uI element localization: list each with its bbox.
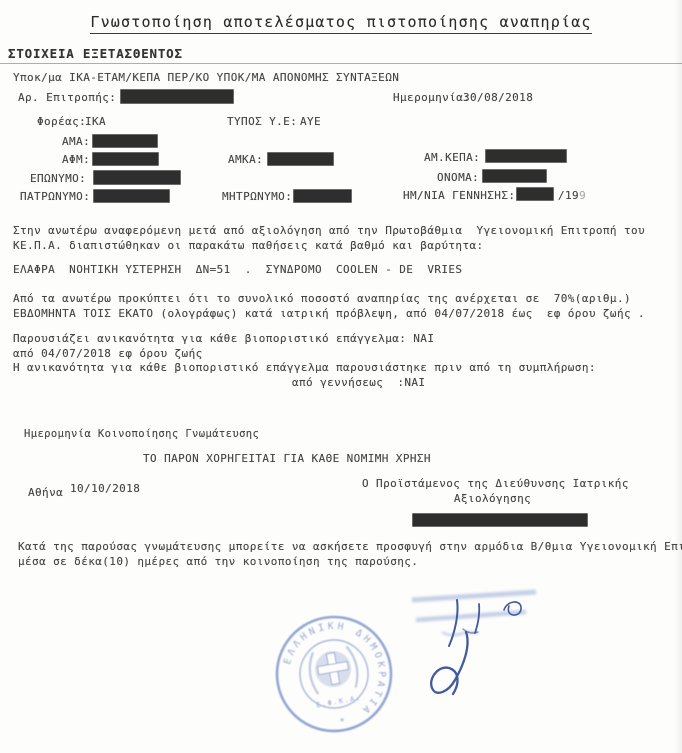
committee-number-label: Αρ. Επιτροπής:	[18, 91, 116, 104]
signature-area	[408, 588, 558, 708]
incapacity-line4: από γεννήσεως :ΝΑΙ	[292, 376, 425, 389]
signer-title-line1: Ο Προϊστάμενος της Διεύθυνσης Ιατρικής	[362, 477, 623, 490]
signer-title-line2: Αξιολόγησης	[362, 492, 623, 505]
official-round-stamp: ΕΛΛΗΝΙΚΗ ΔΗΜΟΚΡΑΤΙΑ Ε.Φ.Κ.Α. *	[252, 592, 417, 753]
redaction-birthdate	[516, 187, 554, 201]
scanned-document-page: Γνωστοποίηση αποτελέσματος πιστοποίησης …	[0, 0, 682, 753]
birthdate-label: ΗΜ/ΝΙΑ ΓΕΝΝΗΣΗΣ:	[403, 189, 515, 202]
amkepa-label: ΑΜ.ΚΕΠΑ:	[424, 151, 480, 164]
matronym-label: ΜΗΤΡΩΝΥΜΟ:	[222, 190, 292, 203]
amka-label: ΑΜΚΑ:	[228, 153, 263, 166]
exam-type-value: ΑΥΕ	[300, 115, 321, 128]
redaction-patronym	[93, 189, 170, 203]
date-label: Ημερομηνία:	[393, 91, 470, 104]
ama-label: ΑΜΑ:	[62, 135, 90, 148]
disability-percent-line1: Από τα ανωτέρω προκύπτει ότι το συνολικό…	[13, 292, 631, 305]
stamp-star-icon: *	[339, 717, 346, 728]
issuing-office-line: Υποκ/μα ΙΚΑ-ΕΤΑΜ/ΚΕΠΑ ΠΕΡ/ΚΟ ΥΠΟΚ/ΜΑ ΑΠΟ…	[13, 71, 399, 84]
incapacity-line2: από 04/07/2018 εφ όρου ζωής	[13, 347, 203, 360]
legal-use-statement: ΤΟ ΠΑΡΟΝ ΧΟΡΗΓΕΙΤΑΙ ΓΙΑ ΚΑΘΕ ΝΟΜΙΜΗ ΧΡΗΣ…	[143, 452, 431, 465]
incapacity-line1: Παρουσιάζει ανικανότητα για κάθε βιοπορι…	[13, 332, 434, 345]
assessment-intro-line1: Στην ανωτέρω αναφερόμενη μετά από αξιολό…	[13, 224, 645, 237]
appeal-line2: μέσα σε δέκα(10) ημέρες από την κοινοποί…	[18, 555, 418, 568]
section-header-examinee-details: ΣΤΟΙΧΕΙΑ ΕΞΕΤΑΣΘΕΝΤΟΣ	[8, 47, 183, 60]
name-label: ΟΝΟΜΑ:	[437, 171, 479, 184]
redaction-committee-number	[120, 89, 234, 104]
exam-type-label: ΤΥΠΟΣ Υ.Ε:	[227, 115, 297, 128]
redaction-signer-name	[412, 513, 588, 527]
surname-label: ΕΠΩΝΥΜΟ:	[30, 172, 86, 185]
issue-place: Αθήνα	[28, 486, 63, 499]
incapacity-line3: Η ανικανότητα για κάθε βιοποριστικό επάγ…	[13, 361, 596, 374]
assessment-intro-line2: ΚΕ.Π.Α. διαπιστώθηκαν οι παρακάτω παθήσε…	[13, 239, 484, 252]
section-divider	[0, 63, 682, 64]
patronym-label: ΠΑΤΡΩΝΥΜΟ:	[20, 190, 90, 203]
redaction-surname	[93, 170, 181, 185]
appeal-line1: Κατά της παρούσας γνωμάτευσης μπορείτε ν…	[18, 540, 682, 553]
redaction-amkepa	[485, 149, 567, 163]
diagnosis-line: ΕΛΑΦΡΑ ΝΟΗΤΙΚΗ ΥΣΤΕΡΗΣΗ ΔΝ=51 . ΣΥΝΔΡΟΜΟ…	[13, 263, 462, 276]
document-title: Γνωστοποίηση αποτελέσματος πιστοποίησης …	[0, 16, 682, 29]
redaction-afm	[92, 152, 159, 166]
birth-year-partial: /199	[558, 189, 586, 202]
disability-percent-line2: ΕΒΔΟΜΗΝΤΑ ΤΟΙΣ ΕΚΑΤΟ (ολογράφως) κατά ια…	[13, 307, 645, 320]
redaction-amka	[267, 152, 334, 166]
entity-value: ΙΚΑ	[85, 115, 106, 128]
redaction-matronym	[293, 189, 352, 203]
redaction-ama	[92, 134, 158, 148]
redaction-name	[482, 169, 547, 183]
notification-date-label: Ημερομηνία Κοινοποίησης Γνωμάτευσης	[24, 428, 259, 441]
afm-label: ΑΦΜ:	[62, 153, 90, 166]
entity-label: Φορέας:	[37, 115, 86, 128]
issue-date: 10/10/2018	[70, 482, 140, 495]
signature-main-glyph	[431, 632, 467, 694]
date-value: 30/08/2018	[463, 91, 533, 104]
